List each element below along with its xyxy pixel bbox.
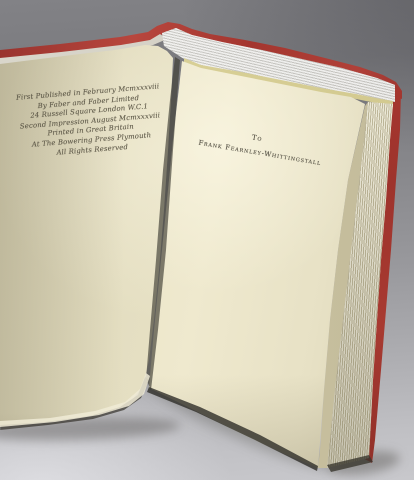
imprint-text-block: First Published in February Mcmxxxviii B… [12, 82, 169, 161]
photo-backdrop: First Published in February Mcmxxxviii B… [0, 0, 414, 480]
